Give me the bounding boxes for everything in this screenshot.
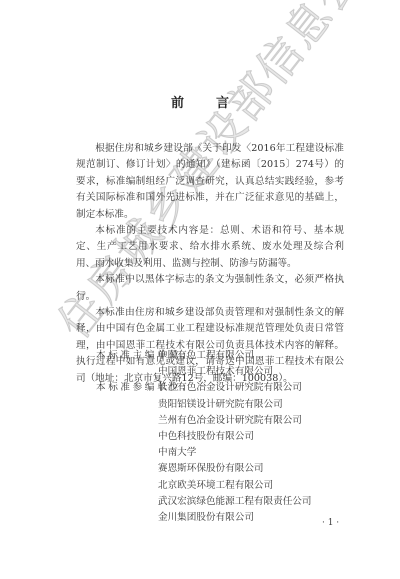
editing-units: 本标准主编单位： 中国有色工程有限公司 中国恩菲工程技术有限公司 本标准参编单位… [96,348,376,526]
page-number: · 1 · [322,518,339,528]
paragraph-mandatory: 本标准中以黑体字标志的条文为强制性条文，必须严格执行。 [76,272,344,305]
unit-item: 贵阳铝镁设计研究院有限公司 [158,397,312,413]
unit-item: 中国有色工程有限公司 [158,348,273,364]
unit-item: 北京欧美环境工程有限公司 [158,478,312,494]
participating-label: 本标准参编单位： [96,380,158,526]
document-page: 住房城乡建设部信息公开 前言 根据住房和城乡建设部《关于印发〈2016年工程建设… [0,0,400,579]
chief-editor-row: 本标准主编单位： 中国有色工程有限公司 中国恩菲工程技术有限公司 [96,348,376,380]
paragraph-contents: 本标准的主要技术内容是：总则、术语和符号、基本规定、生产工艺用水要求、给水排水系… [76,223,344,272]
unit-item: 兰州有色冶金设计研究院有限公司 [158,413,312,429]
unit-item: 中南大学 [158,445,312,461]
unit-item: 武汉宏滨绿色能源工程有限责任公司 [158,494,312,510]
unit-item: 中色科技股份有限公司 [158,429,312,445]
page-title: 前言 [0,92,400,111]
unit-item: 金川集团股份有限公司 [158,510,312,526]
unit-item: 中国恩菲工程技术有限公司 [158,364,273,380]
unit-item: 长沙有色冶金设计研究院有限公司 [158,380,312,396]
paragraph-basis: 根据住房和城乡建设部《关于印发〈2016年工程建设标准规范制订、修订计划〉的通知… [76,141,344,223]
chief-editor-label: 本标准主编单位： [96,348,158,380]
participating-row: 本标准参编单位： 长沙有色冶金设计研究院有限公司 贵阳铝镁设计研究院有限公司 兰… [96,380,376,526]
chief-editor-list: 中国有色工程有限公司 中国恩菲工程技术有限公司 [158,348,273,380]
participating-list: 长沙有色冶金设计研究院有限公司 贵阳铝镁设计研究院有限公司 兰州有色冶金设计研究… [158,380,312,526]
unit-item: 赛恩斯环保股份有限公司 [158,461,312,477]
